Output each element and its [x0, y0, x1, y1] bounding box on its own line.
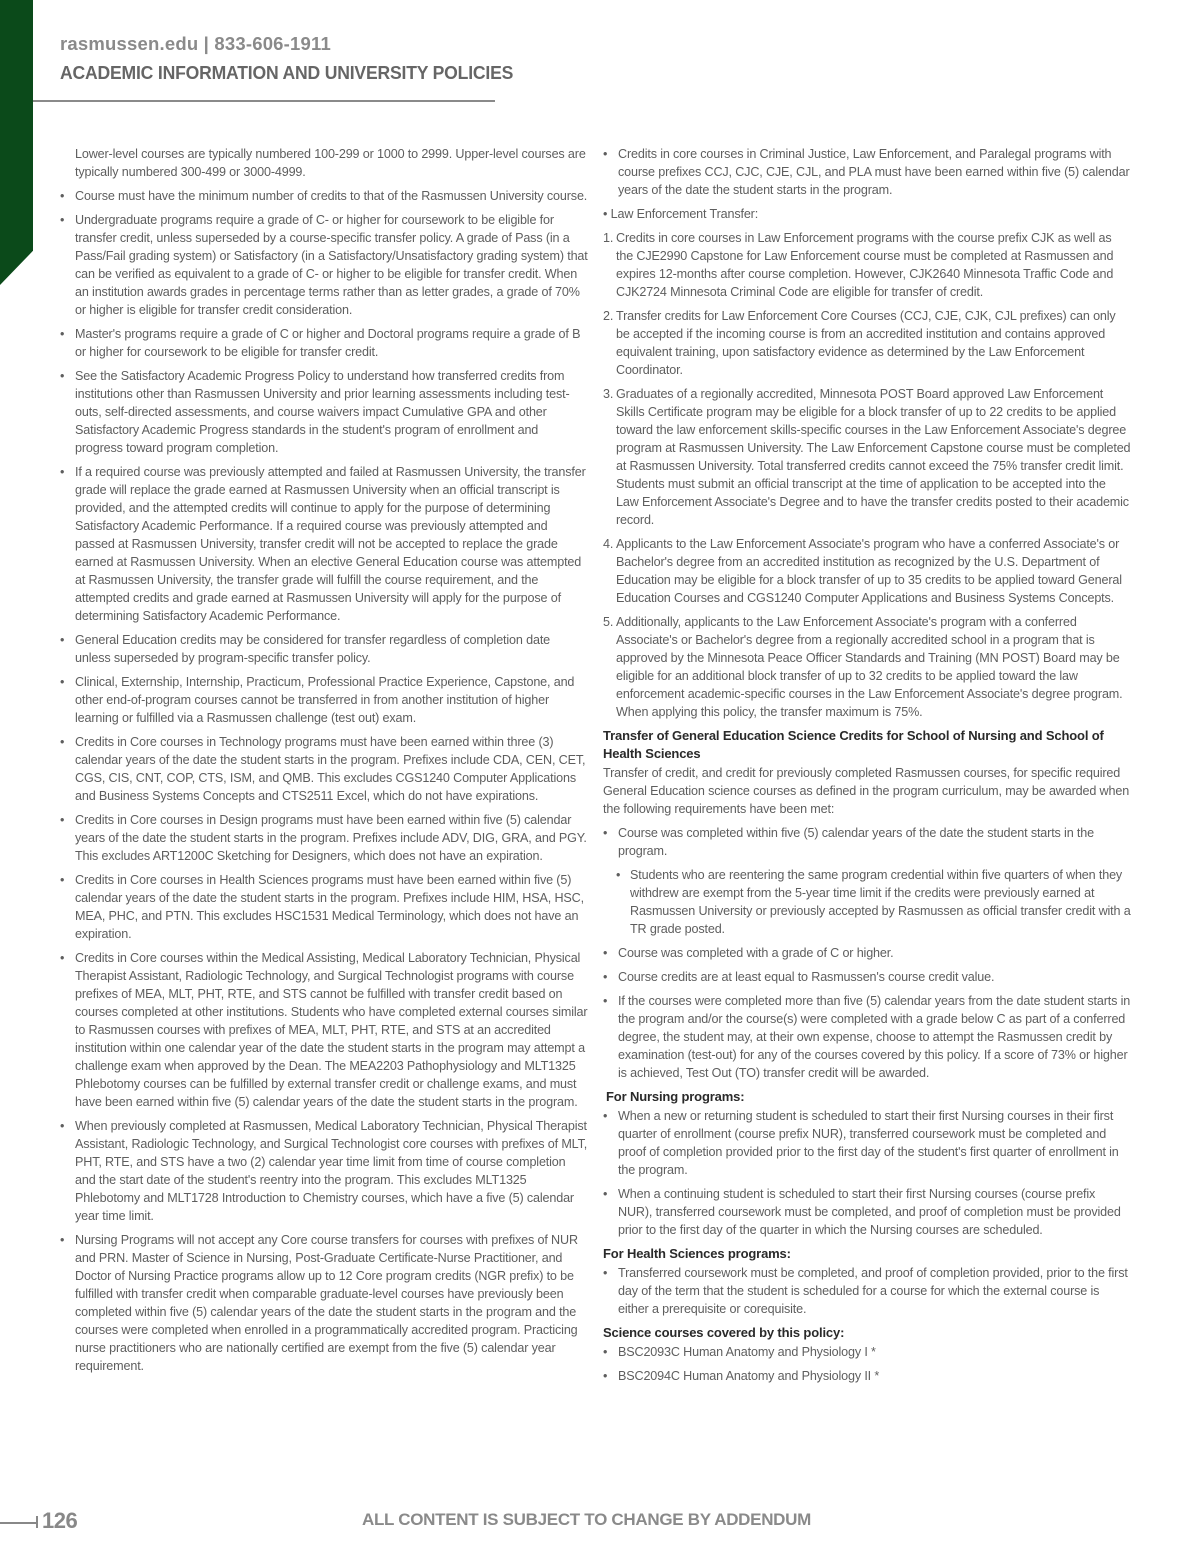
numbered-item: 3.Graduates of a regionally accredited, …: [603, 385, 1131, 529]
science-intro: Transfer of credit, and credit for previ…: [603, 764, 1131, 818]
numbered-item: 4.Applicants to the Law Enforcement Asso…: [603, 535, 1131, 607]
header-divider: [33, 100, 495, 102]
page-number: 126: [42, 1508, 77, 1534]
law-enforcement-label: • Law Enforcement Transfer:: [603, 205, 1131, 223]
intro-paragraph: Lower-level courses are typically number…: [75, 145, 588, 181]
list-item: •If a required course was previously att…: [60, 463, 588, 625]
list-item: •Course credits are at least equal to Ra…: [603, 968, 1131, 986]
footer-rule: [0, 1522, 36, 1524]
right-column: •Credits in core courses in Criminal Jus…: [603, 145, 1131, 1391]
list-item: •Master's programs require a grade of C …: [60, 325, 588, 361]
list-item: •Credits in Core courses within the Medi…: [60, 949, 588, 1111]
footer-tick: [36, 1516, 38, 1528]
list-item: •Course was completed with a grade of C …: [603, 944, 1131, 962]
list-item: •Credits in Core courses in Health Scien…: [60, 871, 588, 943]
courses-covered-heading: Science courses covered by this policy:: [603, 1324, 1131, 1342]
list-item: •When a new or returning student is sche…: [603, 1107, 1131, 1179]
numbered-item: 2.Transfer credits for Law Enforcement C…: [603, 307, 1131, 379]
numbered-item: 1.Credits in core courses in Law Enforce…: [603, 229, 1131, 301]
list-item: •See the Satisfactory Academic Progress …: [60, 367, 588, 457]
list-item: •Undergraduate programs require a grade …: [60, 211, 588, 319]
sub-list-item: •Students who are reentering the same pr…: [603, 866, 1131, 938]
list-item: •When previously completed at Rasmussen,…: [60, 1117, 588, 1225]
list-item: •Credits in core courses in Criminal Jus…: [603, 145, 1131, 199]
nursing-heading: For Nursing programs:: [606, 1088, 1131, 1106]
header-contact: rasmussen.edu | 833-606-1911: [60, 33, 331, 55]
list-item: •Credits in Core courses in Technology p…: [60, 733, 588, 805]
list-item: •If the courses were completed more than…: [603, 992, 1131, 1082]
left-column: Lower-level courses are typically number…: [60, 145, 588, 1381]
list-item: •Credits in Core courses in Design progr…: [60, 811, 588, 865]
numbered-item: 5.Additionally, applicants to the Law En…: [603, 613, 1131, 721]
footer-disclaimer: ALL CONTENT IS SUBJECT TO CHANGE BY ADDE…: [362, 1510, 811, 1530]
course-item: •BSC2093C Human Anatomy and Physiology I…: [603, 1343, 1131, 1361]
list-item: •Nursing Programs will not accept any Co…: [60, 1231, 588, 1375]
list-item: •General Education credits may be consid…: [60, 631, 588, 667]
list-item: •When a continuing student is scheduled …: [603, 1185, 1131, 1239]
course-item: •BSC2094C Human Anatomy and Physiology I…: [603, 1367, 1131, 1385]
list-item: •Transferred coursework must be complete…: [603, 1264, 1131, 1318]
page-section-title: ACADEMIC INFORMATION AND UNIVERSITY POLI…: [60, 62, 513, 84]
list-item: •Course must have the minimum number of …: [60, 187, 588, 205]
health-sciences-heading: For Health Sciences programs:: [603, 1245, 1131, 1263]
green-side-tab: [0, 0, 33, 285]
science-credits-heading: Transfer of General Education Science Cr…: [603, 727, 1131, 763]
list-item: •Clinical, Externship, Internship, Pract…: [60, 673, 588, 727]
list-item: •Course was completed within five (5) ca…: [603, 824, 1131, 860]
